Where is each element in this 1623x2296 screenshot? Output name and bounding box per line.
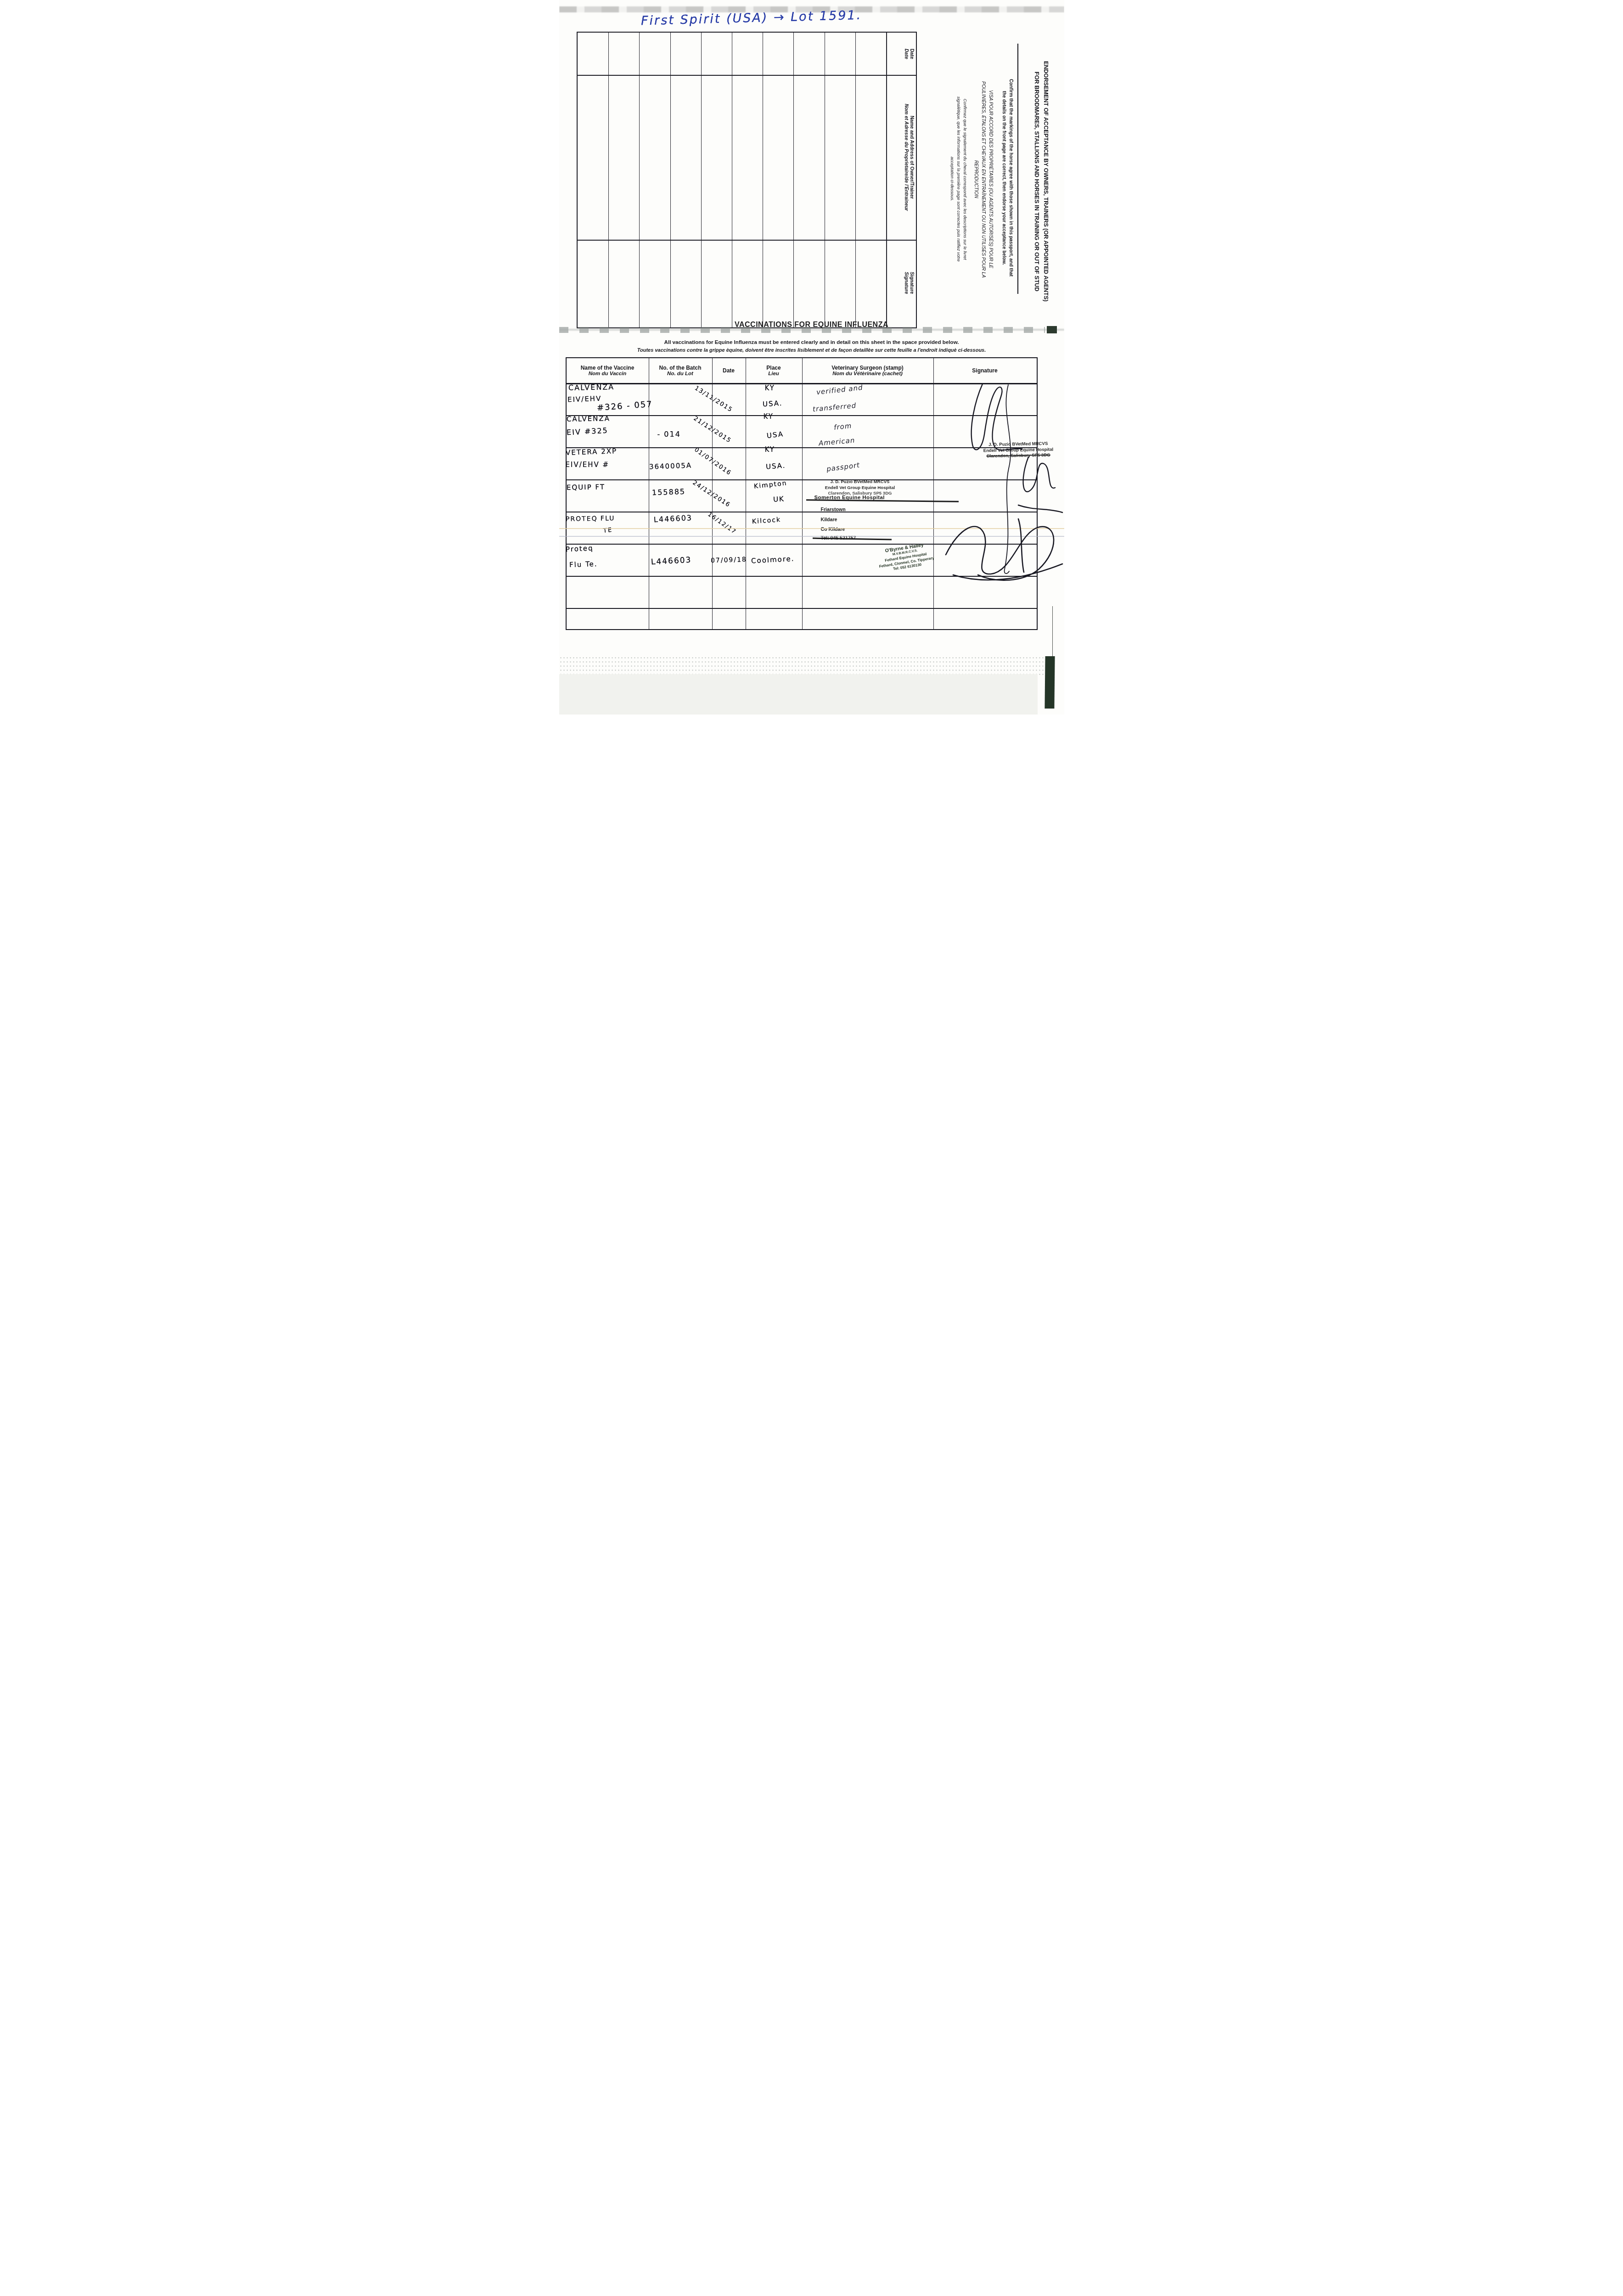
row6-date: 07/09/18: [710, 556, 747, 565]
grid-line: [763, 33, 764, 327]
grid-line: [732, 33, 733, 327]
scanned-passport-page: First Spirit (USA) → Lot 1591. Date Date…: [559, 0, 1064, 715]
col-signature-en: Signature: [909, 240, 915, 326]
confirm-paragraph-en: Confirm that the markings of the horse a…: [995, 42, 1014, 313]
grid-line: [567, 608, 1037, 609]
vaccinations-instruction-fr: Toutes vaccinations contre la grippe èqu…: [559, 348, 1064, 353]
row5-vaccine-name: PROTEQ FLU: [565, 515, 615, 523]
row3-place: KY: [765, 445, 775, 454]
row2-vaccine-name: CALVENZA: [566, 414, 610, 423]
scan-dark-bar: [1045, 656, 1055, 709]
col-date-fr: Date: [904, 33, 909, 75]
row4-place2: UK: [773, 495, 785, 504]
somerton-stamp-line: Friarstown: [821, 507, 846, 512]
endorsement-col-signature: Signature Signature: [888, 240, 915, 326]
header-vaccine: Name of the Vaccine Nom du Vaccin: [567, 358, 649, 383]
row4-vaccine-name: EQUIP FT: [566, 483, 605, 491]
grid-line: [567, 544, 1037, 545]
scan-wash-bottom: [559, 674, 1038, 715]
header-vet-fr: Nom du Vétèrinaire (cachet): [832, 371, 903, 377]
confirm-line: the details on the front page are correc…: [1000, 42, 1007, 313]
header-signature: Signature: [933, 358, 1037, 383]
grid-line: [802, 358, 803, 629]
vaccination-table: Name of the Vaccine Nom du Vaccin No. of…: [566, 357, 1038, 630]
grid-line: [855, 33, 856, 327]
row3-place2: USA.: [765, 461, 786, 471]
confirmez-line: signalétique, que les informations sur l…: [955, 39, 962, 319]
header-vaccine-en: Name of the Vaccine: [581, 365, 635, 371]
puzio-stamp-line-struck: Clarendon, Salisbury SP5 3DG: [972, 452, 1064, 460]
grid-line: [639, 33, 640, 327]
header-vaccine-fr: Nom du Vaccin: [589, 371, 627, 377]
scan-noise-bottom: [559, 656, 1045, 675]
header-batch-en: No. of the Batch: [659, 365, 702, 371]
endorsement-heading-line: FOR BROODMARES, STALLIONS AND HORSES IN …: [1032, 37, 1041, 326]
grid-line: [933, 358, 934, 629]
visa-line: POULINIÈRES, ÉTALONS ET CHEVAUX EN ENTRA…: [979, 36, 987, 323]
confirmez-paragraph-fr: Confirmez que le signalement du cheval c…: [946, 39, 968, 319]
col-owner-fr: Nom et Adresse du Proprietaire/de l'Entr…: [904, 75, 909, 240]
endorsement-heading: ENDORSEMENT OF ACCEPTANCE BY OWNERS, TRA…: [1021, 37, 1050, 326]
confirmez-line: Confirmez que le signalement du cheval c…: [962, 39, 968, 319]
header-signature-en: Signature: [972, 367, 997, 374]
row1-vaccine-name2: EIV/EHV: [567, 394, 601, 404]
row3-vaccine-name2: EIV/EHV #: [566, 461, 610, 469]
grid-line: [567, 576, 1037, 577]
endorsement-col-owner: Name and Address of Owner/Trainer Nom et…: [888, 75, 915, 240]
grid-line: [567, 415, 1037, 416]
visa-line: REPRODUCTION: [972, 36, 979, 323]
endorsement-col-date: Date Date: [888, 33, 915, 75]
somerton-stamp-line: Kildare: [821, 517, 837, 523]
row1-place: KY: [765, 384, 775, 392]
row2-place2: USA: [766, 430, 784, 440]
endorsement-table: Date Date Name and Address of Owner/Trai…: [577, 32, 917, 328]
col-owner-en: Name and Address of Owner/Trainer: [909, 75, 915, 240]
vaccinations-section-title: VACCINATIONS FOR EQUINE INFLUENZA: [559, 321, 1064, 329]
grid-line: [825, 33, 826, 327]
header-date: Date: [712, 358, 746, 383]
header-date-en: Date: [723, 367, 735, 374]
confirmez-line: acceptation ci-dessous.: [949, 39, 955, 319]
scan-edge-line: [1052, 606, 1053, 658]
row1-vaccine-name: CALVENZA: [568, 383, 614, 392]
col-date-en: Date: [909, 33, 915, 75]
grid-line: [578, 240, 916, 241]
header-divider: [567, 383, 1037, 384]
row4-batch: 155885: [651, 487, 685, 497]
vaccinations-instruction-en: All vaccinations for Equine Influenza mu…: [559, 339, 1064, 345]
col-signature-fr: Signature: [904, 240, 909, 326]
puzio-stamp-line: Endell Vet Group Equine Hospital: [811, 485, 910, 491]
grid-line: [701, 33, 702, 327]
grid-line: [608, 33, 609, 327]
grid-line: [567, 447, 1037, 448]
grid-line: [649, 358, 650, 629]
puzio-stamp-line: J. D. Puzio BVetMed MRCVS: [811, 479, 910, 485]
header-batch: No. of the Batch No. du Lot: [649, 358, 712, 383]
grid-line: [578, 75, 916, 76]
scanner-streak: [559, 528, 1064, 529]
header-vet: Veterinary Surgeon (stamp) Nom du Vétèri…: [802, 358, 933, 383]
puzio-stamp: J. D. Puzio BVetMed MRCVS Endell Vet Gro…: [972, 441, 1064, 460]
row3-batch: 3640005A: [649, 461, 692, 471]
grid-line: [567, 479, 1037, 480]
puzio-stamp-2: J. D. Puzio BVetMed MRCVS Endell Vet Gro…: [811, 479, 910, 497]
somerton-stamp-line: Co Kildare: [821, 527, 845, 532]
row6-vaccine-name: Proteq: [565, 544, 593, 553]
row1-place2: USA.: [762, 399, 782, 408]
visa-line: VISA POUR ACCORD DES PROPRIÉTAIRES (OU A…: [987, 36, 994, 323]
grid-line: [746, 358, 747, 629]
grid-line: [793, 33, 794, 327]
confirm-line: Confirm that the markings of the horse a…: [1007, 42, 1014, 313]
label-column-divider: [886, 33, 887, 327]
row6-vaccine-name2: Flu Te.: [569, 560, 597, 569]
header-place-en: Place: [766, 365, 781, 371]
header-batch-fr: No. du Lot: [667, 371, 693, 377]
row2-place: KY: [764, 412, 774, 421]
header-place: Place Lieu: [746, 358, 802, 383]
grid-line: [567, 512, 1037, 512]
heading-rule: [1017, 44, 1019, 294]
scanner-streak: [559, 536, 1064, 537]
endorsement-heading-line: ENDORSEMENT OF ACCEPTANCE BY OWNERS, TRA…: [1041, 37, 1050, 326]
visa-paragraph-fr: VISA POUR ACCORD DES PROPRIÉTAIRES (OU A…: [968, 36, 994, 323]
grid-line: [670, 33, 671, 327]
header-place-fr: Lieu: [768, 371, 779, 377]
header-vet-en: Veterinary Surgeon (stamp): [831, 365, 904, 371]
row2-batch: - 014: [657, 430, 681, 439]
